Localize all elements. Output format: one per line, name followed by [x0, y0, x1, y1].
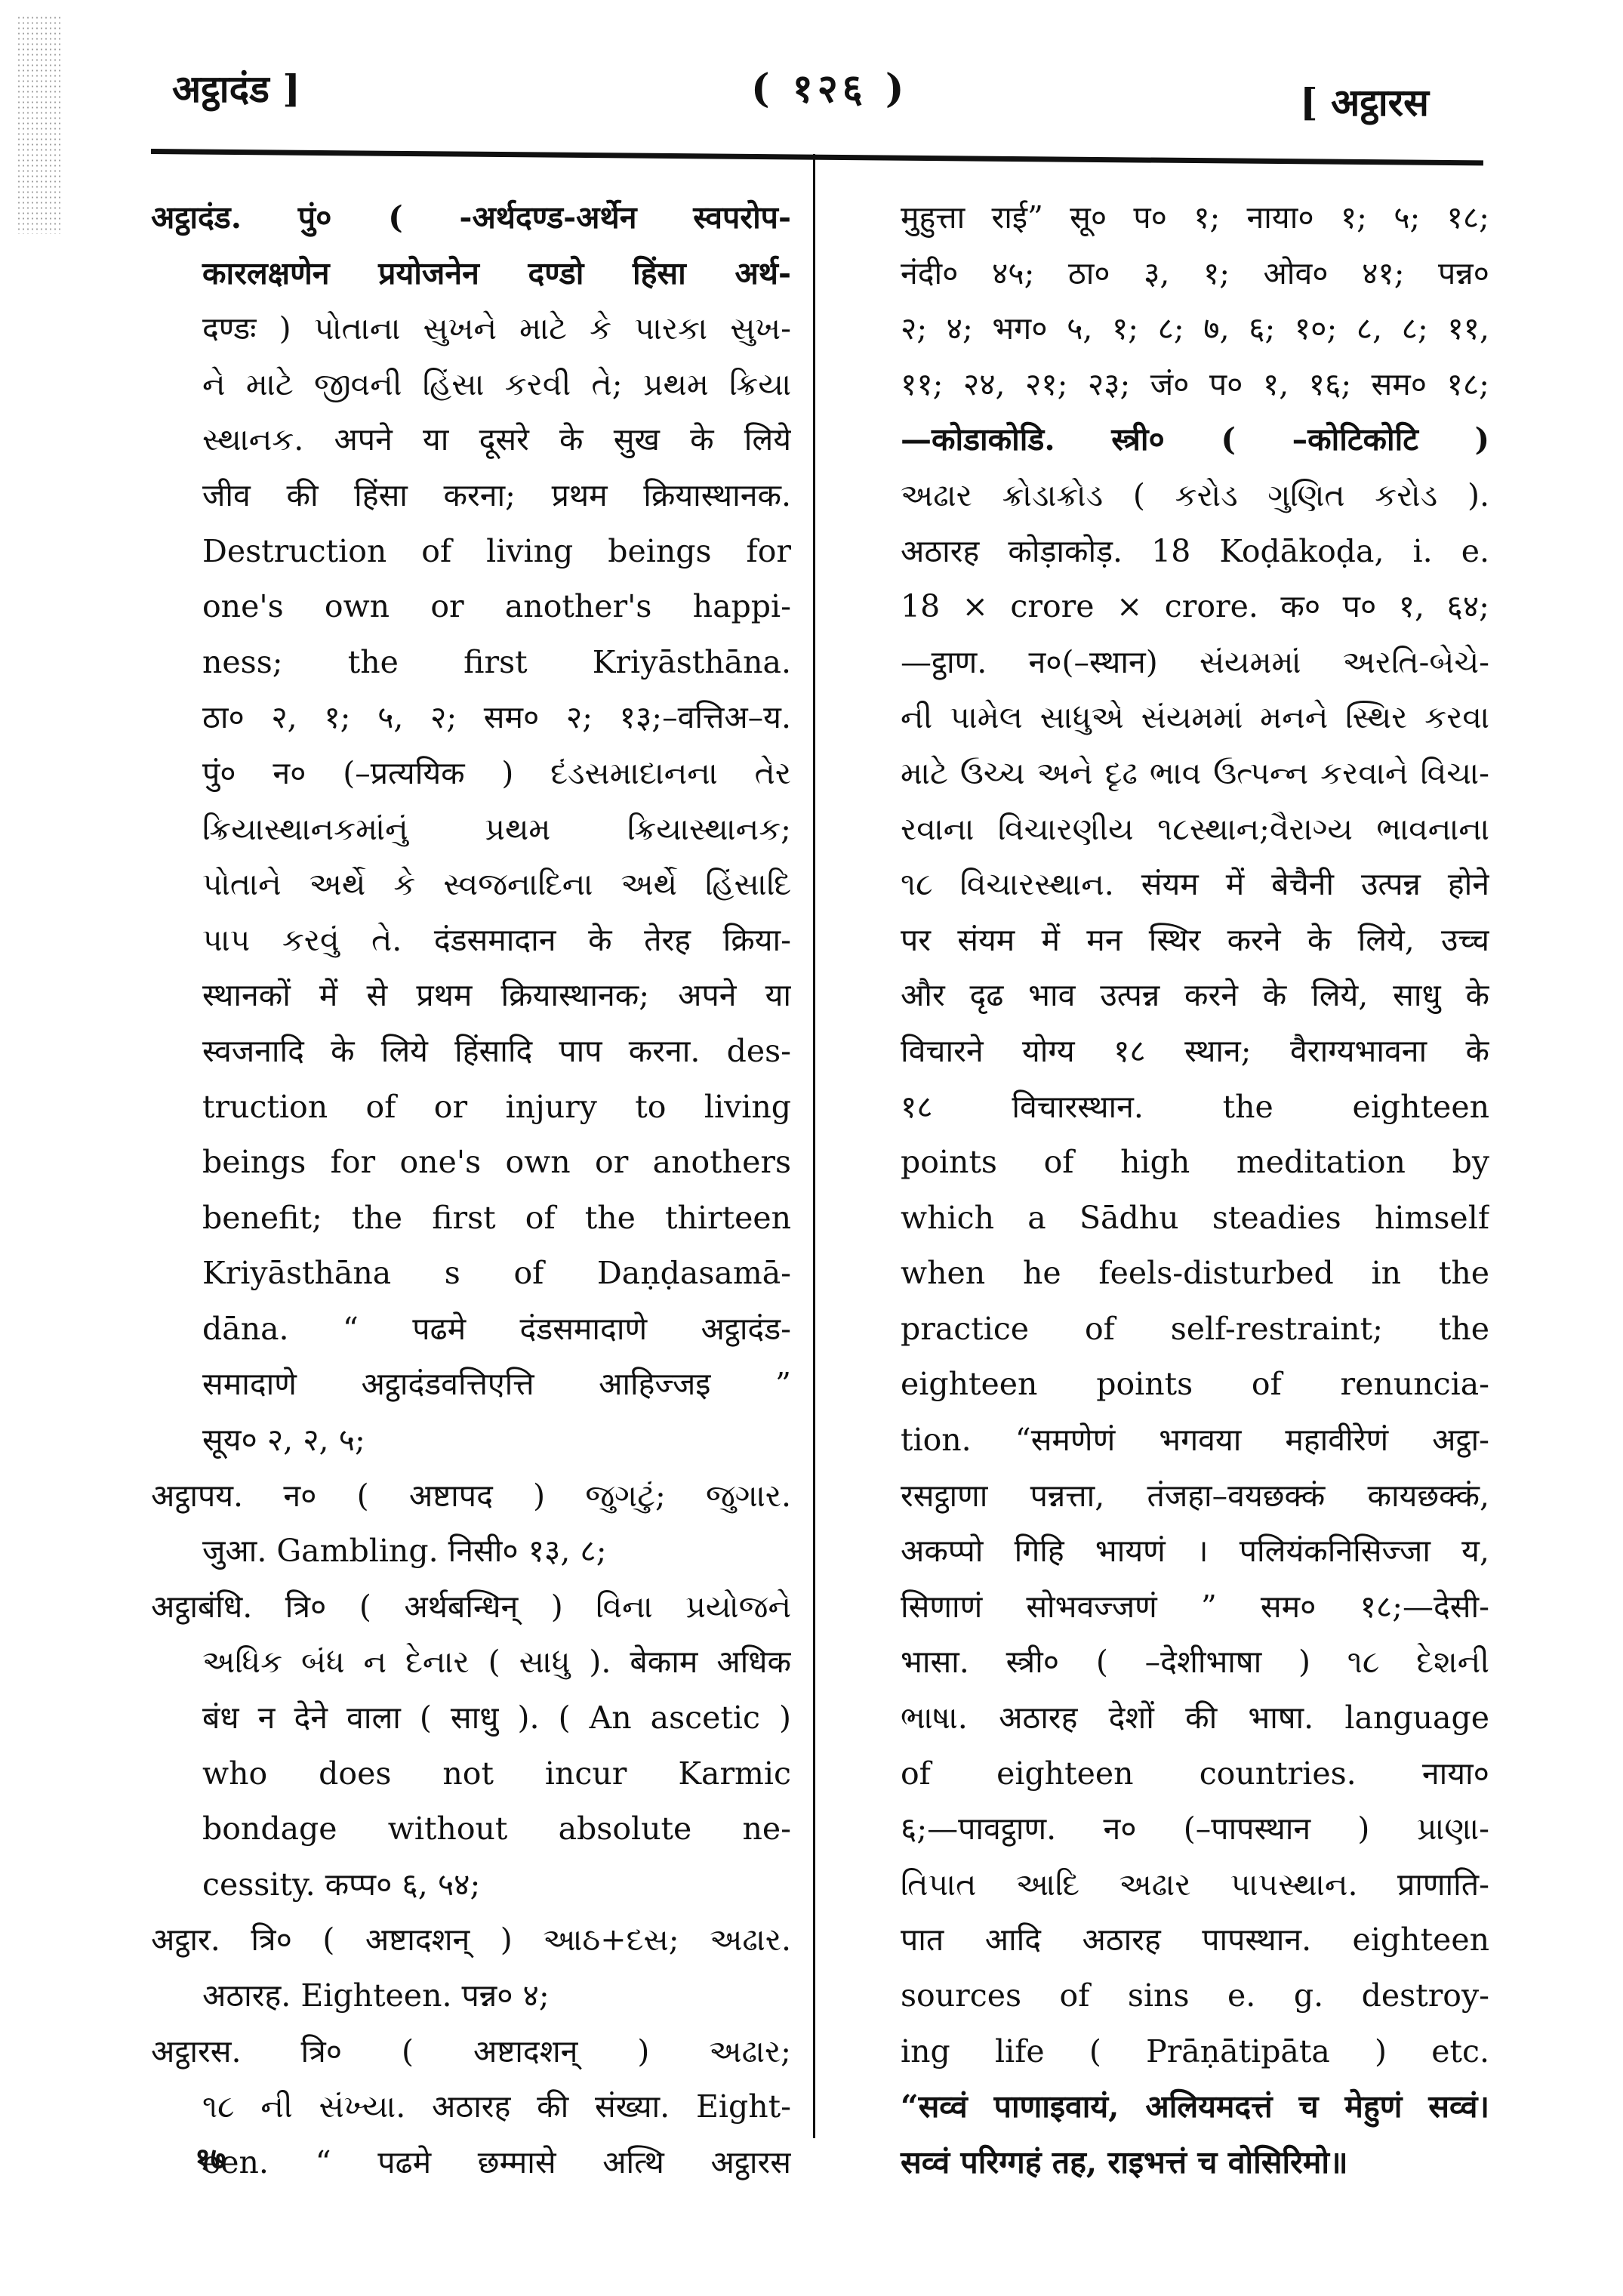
entry-text-line: which a Sādhu steadies himself: [849, 1191, 1489, 1247]
entry-text-line: कारलक्षणेन प्रयोजनेन दण्डो हिंसा अर्थ-: [151, 246, 791, 302]
entry-headword-line: अट्ठापय. न० ( अष्टापद ) જુગટું; જુગાર.: [151, 1469, 791, 1524]
entry-text-line: તિપાત આદિ અઢાર પાપસ્થાન. प्राणाति-: [849, 1857, 1489, 1913]
entry-text-line: dāna. “ पढमे दंडसमादाणे अट्ठादंड-: [151, 1302, 791, 1358]
entry-text-line: sources of sins e. g. destroy-: [849, 1968, 1489, 2024]
entry-text-line: ness; the first Kriyāsthāna.: [151, 635, 791, 691]
entry-text-line: जीव की हिंसा करना; प्रथम क्रियास्थानक.: [151, 468, 791, 524]
entry-text-line: ભાષા. अठारह देशों की भाषा. language: [849, 1690, 1489, 1746]
entry-text-line: one's own or another's happi-: [151, 579, 791, 635]
entry-text-line: —ट्ठाण. न०(–स्थान) સંયમમાં અરતિ-બેચે-: [849, 635, 1489, 691]
entry-text-line: स्वजनादि के लिये हिंसादि पाप करना. des-: [151, 1024, 791, 1080]
running-head: अट्ठादंड ] ( १२६ ) [ अट्ठारस: [0, 45, 1623, 128]
entry-text-line: अठारह. Eighteen. पन्न० ४;: [151, 1968, 791, 2024]
entry-text-line: અઢાર ક્રોડાક્રોડ ( કરોડ ગુણિત કરોડ ).: [849, 468, 1489, 524]
entry-text-line: 18 × crore × crore. क० प० १, ६४;: [849, 579, 1489, 635]
entry-text-line: who does not incur Karmic: [151, 1746, 791, 1802]
entry-text-line: अठारह कोड़ाकोड़. 18 Koḍākoḍa, i. e.: [849, 524, 1489, 580]
entry-text-line: પાપ કરવું તે. दंडसमादान के तेरह क्रिया-: [151, 913, 791, 969]
entry-text-line: beings for one's own or anothers: [151, 1135, 791, 1191]
signature-mark: १७: [195, 2137, 226, 2178]
entry-text-line: પોતાને અર્થે કે સ્વજનાદિના અર્થે હિંસાદિ: [151, 857, 791, 913]
entry-text-line: રવાના વિચારણીય ૧૮સ્થાન;વૈરાગ્ય ભાવનાના: [849, 802, 1489, 858]
entry-text-line: समादाणे अट्ठादंडवत्तिएत्ति आहिज्जइ ”: [151, 1357, 791, 1413]
entry-text-line: रसट्ठाणा पन्नत्ता, तंजहा–वयछक्कं कायछक्क…: [849, 1469, 1489, 1524]
entry-text-line: een. “ पढमे छम्मासे अत्थि अट्ठारस: [151, 2135, 791, 2191]
entry-text-line: Destruction of living beings for: [151, 524, 791, 580]
entry-text-line: “सव्वं पाणाइवायं, अलियमदत्तं च मेहुणं सव…: [849, 2079, 1489, 2135]
entry-text-line: સ્થાનક. अपने या दूसरे के सुख के लिये: [151, 412, 791, 468]
entry-text-line: दण्डः ) પોતાના સુખને માટે કે પારકા સુખ-: [151, 301, 791, 357]
entry-text-line: और दृढ भाव उत्पन्न करने के लिये, साधु के: [849, 968, 1489, 1024]
entry-text-line: cessity. कप्प० ६, ५४;: [151, 1857, 791, 1913]
entry-text-line: स्थानकों में से प्रथम क्रियास्थानक; अपने…: [151, 968, 791, 1024]
entry-text-line: नंदी० ४५; ठा० ३, १; ओव० ४१; पन्न०: [849, 246, 1489, 302]
column-divider: [813, 154, 815, 2138]
entry-text-line: અધિક બંધ ન દેનાર ( સાધુ ). बेकाम अधिक: [151, 1635, 791, 1690]
entry-text-line: of eighteen countries. नाया०: [849, 1746, 1489, 1802]
entry-text-line: २; ४; भग० ५, १; ८; ७, ६; १०; ८, ८; ११,: [849, 301, 1489, 357]
entry-text-line: मुहुत्ता राई” सू० प० १; नाया० १; ५; १८;: [849, 190, 1489, 246]
entry-text-line: बंध न देने वाला ( साधु ). ( An ascetic ): [151, 1690, 791, 1746]
entry-text-line: पात आदि अठारह पापस्थान. eighteen: [849, 1912, 1489, 1968]
entry-text-line: पुं० न० (–प्रत्ययिक ) દંડસમાદાનના તેર: [151, 746, 791, 802]
entry-headword-line: अट्ठारस. त्रि० ( अष्टादशन् ) અઢાર;: [151, 2024, 791, 2080]
entry-text-line: विचारने योग्य १८ स्थान; वैराग्यभावना के: [849, 1024, 1489, 1080]
header-rule: [151, 149, 1483, 165]
entry-text-line: सव्वं परिग्गहं तह, राइभत्तं च वोसिरिमो॥: [849, 2135, 1489, 2191]
entry-text-line: eighteen points of renuncia-: [849, 1357, 1489, 1413]
entry-text-line: सिणाणं सोभवज्जणं ” सम० १८;—देसी-: [849, 1579, 1489, 1635]
entry-text-line: bondage without absolute ne-: [151, 1801, 791, 1857]
entry-text-line: ing life ( Prāṇātipāta ) etc.: [849, 2024, 1489, 2080]
entry-headword-line: अट्ठादंड. पुं० ( -अर्थदण्ड-अर्थेन स्वपरो…: [151, 190, 791, 246]
left-column: अट्ठादंड. पुं० ( -अर्थदण्ड-अर्थेन स्वपरो…: [151, 190, 791, 2190]
entry-text-line: ६;—पावट्ठाण. न० (–पापस्थान ) પ્રાણા-: [849, 1801, 1489, 1857]
entry-text-line: जुआ. Gambling. निसी० १३, ८;: [151, 1524, 791, 1579]
entry-text-line: पर संयम में मन स्थिर करने के लिये, उच्च: [849, 913, 1489, 969]
entry-text-line: अकप्पो गिहि भायणं । पलियंकनिसिज्जा य,: [849, 1524, 1489, 1579]
entry-text-line: truction of or injury to living: [151, 1080, 791, 1136]
entry-text-line: —कोडाकोडि. स्त्री० ( –कोटिकोटि ): [849, 412, 1489, 468]
entry-text-line: भासा. स्त्री० ( –देशीभाषा ) ૧૮ દેશની: [849, 1635, 1489, 1690]
entry-text-line: માટે ઉચ્ચ અને દૃઢ ભાવ ઉત્પન્ન કરવાને વિચ…: [849, 746, 1489, 802]
entry-text-line: Kriyāsthāna s of Daṇḍasamā-: [151, 1246, 791, 1302]
entry-text-line: practice of self-restraint; the: [849, 1302, 1489, 1358]
entry-headword-line: अट्ठार. त्रि० ( अष्टादशन् ) આઠ+દસ; અઢાર.: [151, 1912, 791, 1968]
guide-word-first: अट्ठादंड ]: [172, 62, 300, 113]
entry-text-line: points of high meditation by: [849, 1135, 1489, 1191]
entry-text-line: benefit; the first of the thirteen: [151, 1191, 791, 1247]
entry-text-line: ક્રિયાસ્થાનકમાંનું પ્રથમ ક્રિયાસ્થાનક;: [151, 802, 791, 858]
entry-headword-line: अट्ठाबंधि. त्रि० ( अर्थबन्धिन् ) વિના પ્…: [151, 1579, 791, 1635]
page-number: ( १२६ ): [751, 60, 909, 114]
entry-text-line: tion. “समणेणं भगवया महावीरेणं अट्ठा-: [849, 1413, 1489, 1469]
entry-text-line: ११; २४, २१; २३; जं० प० १, १६; सम० १८;: [849, 357, 1489, 413]
entry-text-line: ને માટે જીવની હિંસા કરવી તે; પ્રથમ ક્રિય…: [151, 357, 791, 413]
entry-text-line: ૧૮ વિચારસ્થાન. संयम में बेचैनी उत्पन्न ह…: [849, 857, 1489, 913]
entry-text-line: ૧૮ ની સંખ્યા. अठारह की संख्या. Eight-: [151, 2079, 791, 2135]
guide-word-last: [ अट्ठारस: [1300, 76, 1429, 127]
entry-text-line: when he feels-disturbed in the: [849, 1246, 1489, 1302]
entry-text-line: सूय० २, २, ५;: [151, 1413, 791, 1469]
entry-text-line: ठा० २, १; ५, २; सम० २; १३;–वत्तिअ–य.: [151, 690, 791, 746]
entry-text-line: ની પામેલ સાધુએ સંયમમાં મનને સ્થિર કરવા: [849, 690, 1489, 746]
entry-text-line: १८ विचारस्थान. the eighteen: [849, 1080, 1489, 1136]
right-column: मुहुत्ता राई” सू० प० १; नाया० १; ५; १८;न…: [849, 190, 1489, 2190]
